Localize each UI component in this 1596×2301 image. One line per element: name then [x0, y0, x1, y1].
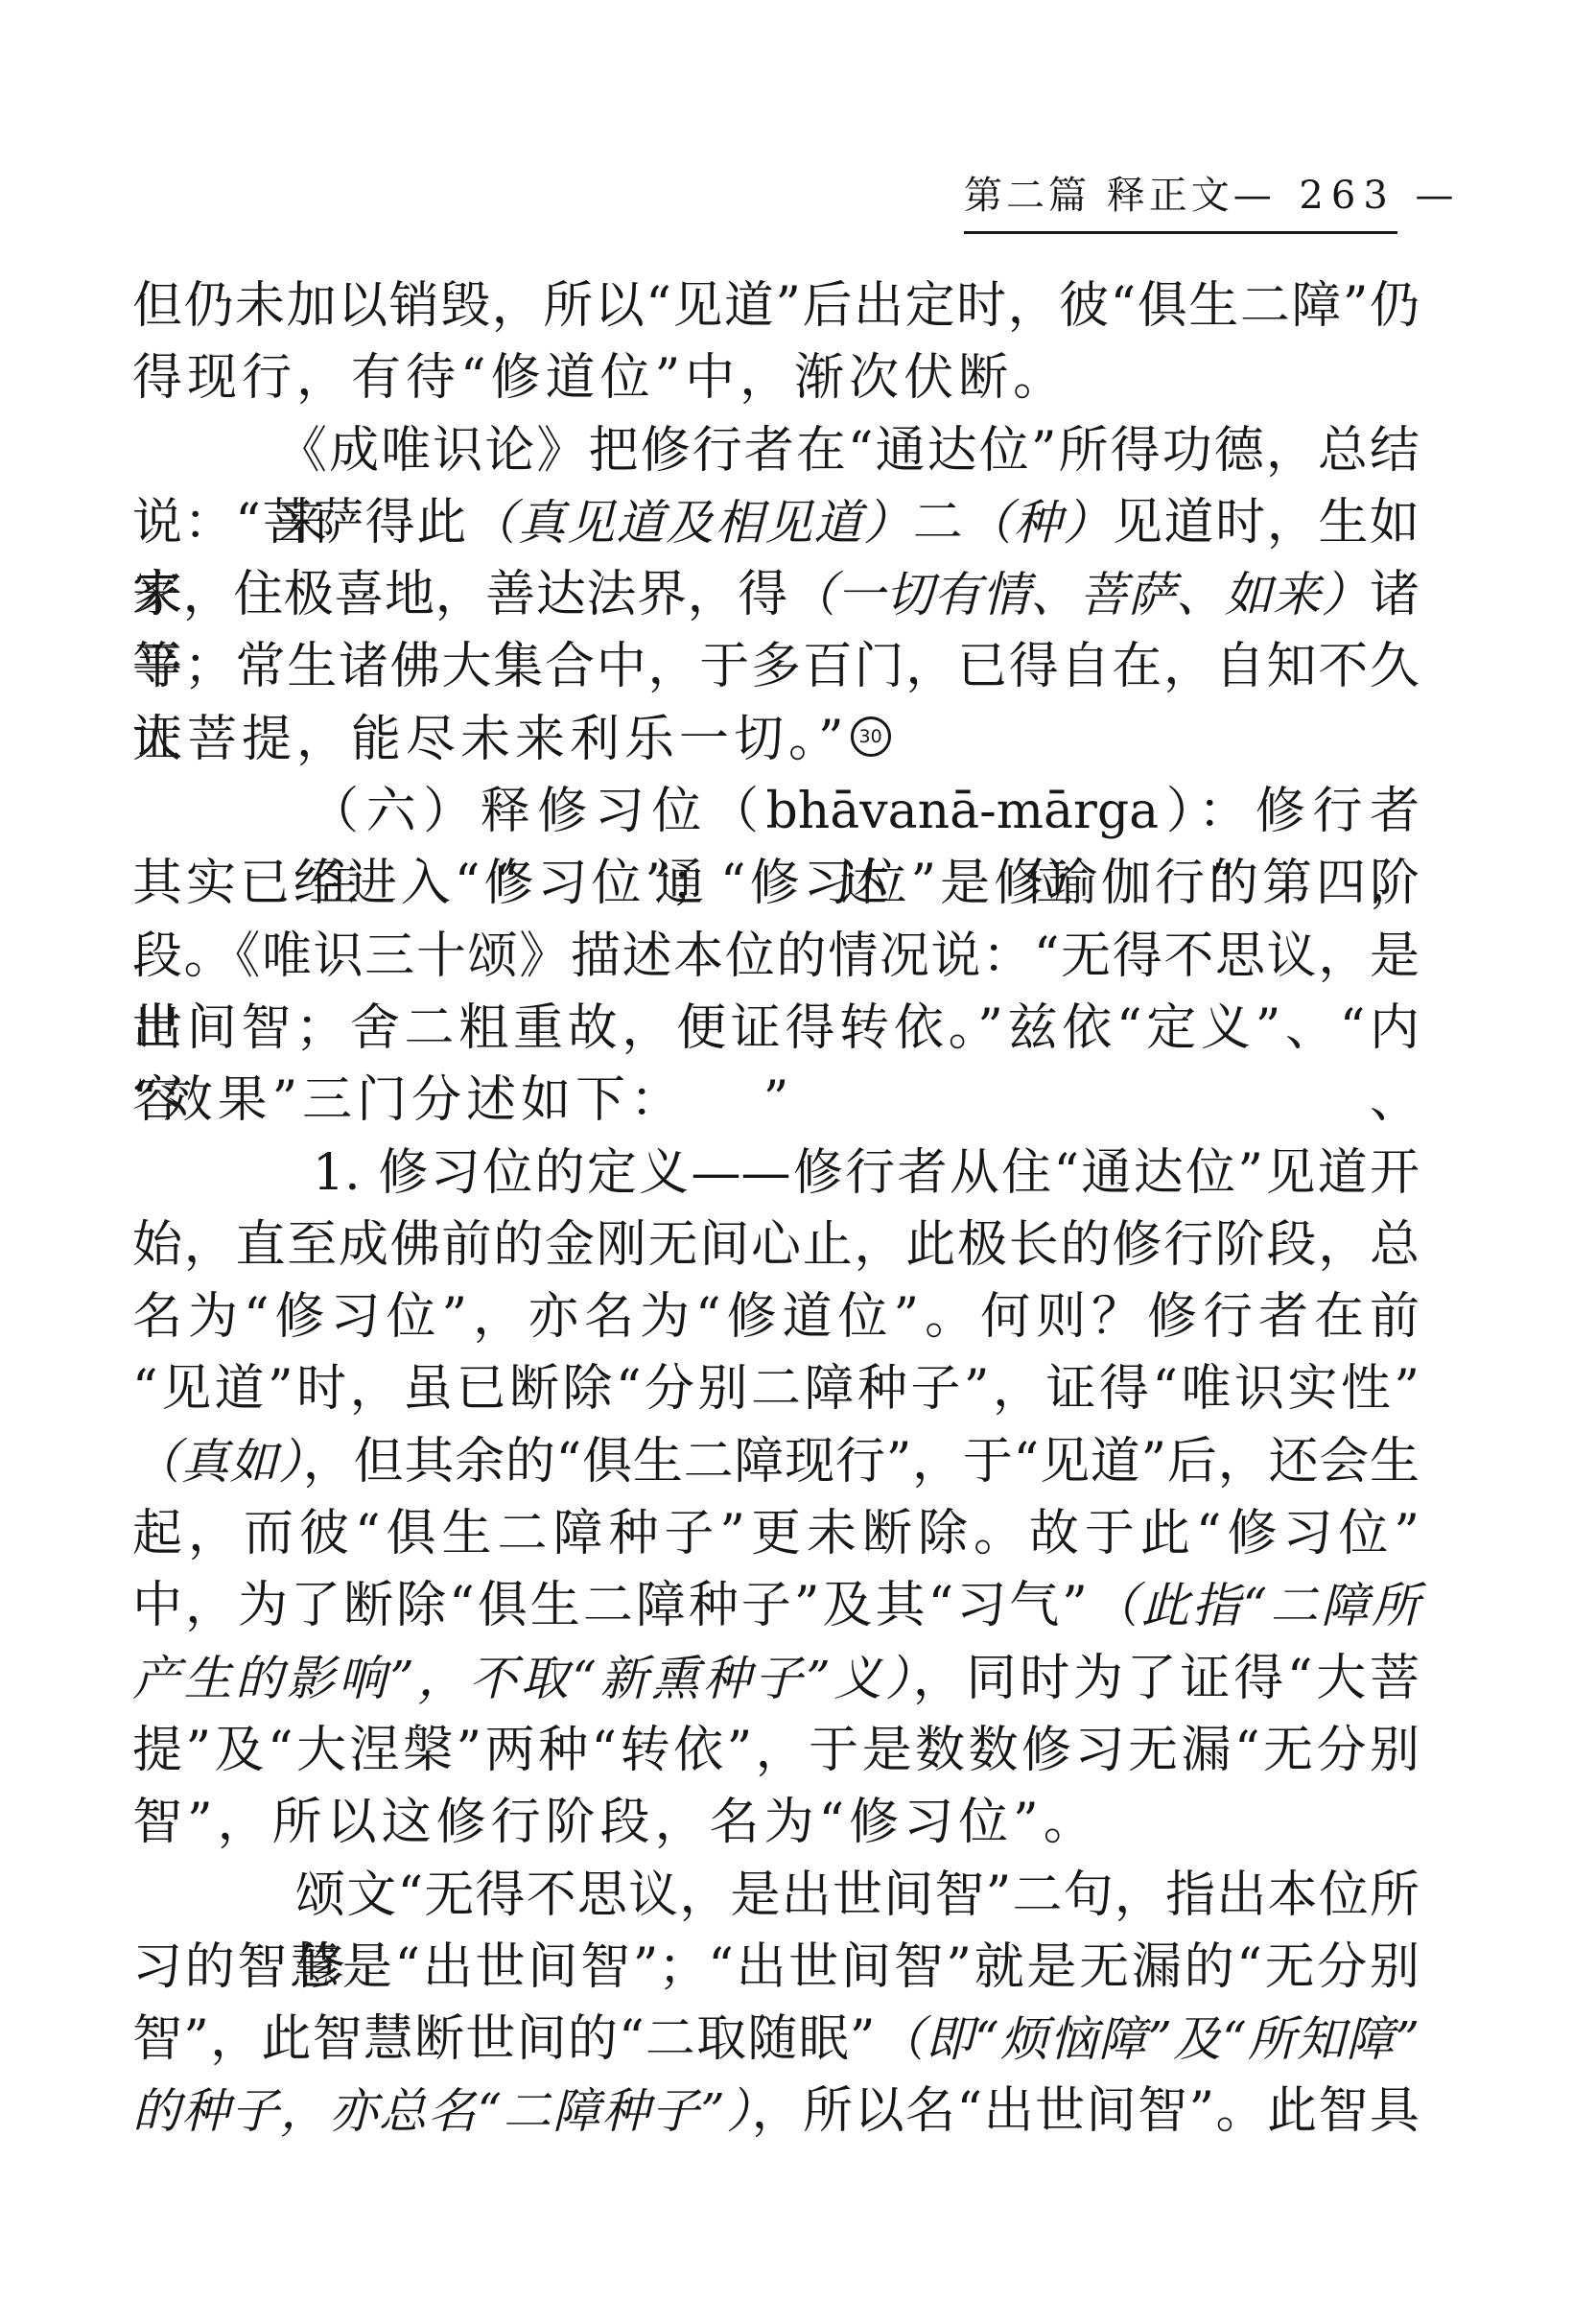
- text-line: 但仍未加以销毁，所以“见道”后出定时，彼“俱生二障”仍: [132, 270, 1420, 342]
- running-head: 第二篇 释正文 — 263 —: [964, 165, 1397, 234]
- text-line: 家，住极喜地，善达法界，得（一切有情、菩萨、如来）诸平: [132, 559, 1420, 631]
- text-segment: “效果”三门分述如下：: [132, 1071, 685, 1129]
- text-line: 大菩提，能尽未来利乐一切。”30: [132, 704, 1420, 776]
- text-segment-kaiti: （真如）: [132, 1434, 303, 1490]
- text-segment-kaiti: 的种子，亦总名“二障种子”）: [132, 2083, 752, 2139]
- text-segment: 但仍未加以销毁，所以“见道”后出定时，彼“俱生二障”仍: [132, 277, 1420, 335]
- text-segment: ，但其余的“俱生二障现行”，于“见道”后，还会生: [303, 1433, 1420, 1491]
- text-segment: 起，而彼“俱生二障种子”更未断除。故于此“修习位”: [132, 1505, 1420, 1562]
- text-segment: 其实已经进入“修习位”；“修习位”是修瑜伽行的第四阶: [132, 855, 1420, 912]
- text-line: 提”及“大涅槃”两种“转依”，于是数数修习无漏“无分别: [132, 1715, 1420, 1787]
- text-line: （六）释修习位（bhāvanā-mārga）：修行者住“通达位”，: [132, 776, 1420, 848]
- text-line: （真如），但其余的“俱生二障现行”，于“见道”后，还会生: [132, 1426, 1420, 1498]
- body-text: 但仍未加以销毁，所以“见道”后出定时，彼“俱生二障”仍得现行，有待“修道位”中，…: [132, 270, 1420, 2148]
- text-segment: 说：“菩萨得此: [132, 494, 468, 552]
- text-line: 起，而彼“俱生二障种子”更未断除。故于此“修习位”: [132, 1498, 1420, 1570]
- text-line: 名为“修习位”，亦名为“修道位”。何则？修行者在前: [132, 1281, 1420, 1353]
- text-segment: 智”，此智慧断世间的“二取随眠”: [132, 2010, 876, 2068]
- text-segment: 中，为了断除“俱生二障种子”及其“习气”: [132, 1577, 1088, 1634]
- text-segment: 大菩提，能尽未来利乐一切。”: [132, 711, 849, 768]
- text-line: 习的智慧是“出世间智”；“出世间智”就是无漏的“无分别: [132, 1932, 1420, 2004]
- book-page: 第二篇 释正文 — 263 — 但仍未加以销毁，所以“见道”后出定时，彼“俱生二…: [0, 0, 1596, 2301]
- text-line: 颂文“无得不思议，是出世间智”二句，指出本位所修: [132, 1860, 1420, 1932]
- text-line: 中，为了断除“俱生二障种子”及其“习气”（此指“二障所: [132, 1570, 1420, 1642]
- text-segment: 始，直至成佛前的金刚无间心止，此极长的修行阶段，总: [132, 1216, 1420, 1274]
- text-segment: 家，住极喜地，善达法界，得: [132, 566, 788, 623]
- text-line: 段。《唯识三十颂》描述本位的情况说：“无得不思议，是出: [132, 921, 1420, 993]
- text-line: 智”，所以这修行阶段，名为“修习位”。: [132, 1787, 1420, 1859]
- text-line: 其实已经进入“修习位”；“修习位”是修瑜伽行的第四阶: [132, 848, 1420, 920]
- text-segment: ，所以名“出世间智”。此智具: [752, 2082, 1420, 2140]
- page-number: — 263 —: [1233, 174, 1462, 218]
- text-segment-kaiti: 产生的影响”，不取“新熏种子”义）: [132, 1651, 913, 1706]
- text-line: 始，直至成佛前的金刚无间心止，此极长的修行阶段，总: [132, 1209, 1420, 1281]
- text-segment-kaiti: （一切有情、菩萨、如来）: [788, 567, 1370, 622]
- text-line: 智”，此智慧断世间的“二取随眠”（即“烦恼障”及“所知障”: [132, 2004, 1420, 2076]
- text-segment: 习的智慧是“出世间智”；“出世间智”就是无漏的“无分别: [132, 1938, 1420, 1996]
- text-segment: ，同时为了证得“大菩: [913, 1650, 1420, 1707]
- text-line: 《成唯识论》把修行者在“通达位”所得功德，总结来: [132, 415, 1420, 487]
- text-line: 1. 修习位的定义——修行者从住“通达位”见道开: [132, 1138, 1420, 1209]
- text-segment: 二: [913, 494, 965, 552]
- text-segment-kaiti: （真见道及相见道）: [468, 495, 913, 551]
- text-segment: 提”及“大涅槃”两种“转依”，于是数数修习无漏“无分别: [132, 1722, 1420, 1779]
- text-line: 等；常生诸佛大集合中，于多百门，已得自在，自知不久证: [132, 631, 1420, 703]
- text-line: “见道”时，虽已断除“分别二障种子”，证得“唯识实性”: [132, 1353, 1420, 1425]
- text-line: 得现行，有待“修道位”中，渐次伏断。: [132, 342, 1420, 414]
- footnote-marker-icon: 30: [851, 716, 891, 757]
- running-head-title: 第二篇 释正文: [964, 165, 1233, 220]
- text-segment: 1. 修习位的定义——修行者从住“通达位”见道开: [313, 1144, 1420, 1202]
- text-segment: “见道”时，虽已断除“分别二障种子”，证得“唯识实性”: [132, 1360, 1420, 1418]
- text-segment-kaiti: （此指“二障所: [1088, 1578, 1420, 1633]
- text-segment: 名为“修习位”，亦名为“修道位”。何则？修行者在前: [132, 1288, 1420, 1346]
- text-segment-kaiti: （种）: [964, 495, 1113, 551]
- text-line: 的种子，亦总名“二障种子”），所以名“出世间智”。此智具: [132, 2076, 1420, 2148]
- text-line: 世间智；舍二粗重故，便证得转依。”兹依“定义”、“内容”、: [132, 993, 1420, 1065]
- text-segment: 得现行，有待“修道位”中，渐次伏断。: [132, 349, 1068, 407]
- text-segment: 智”，所以这修行阶段，名为“修习位”。: [132, 1794, 1098, 1851]
- text-line: 产生的影响”，不取“新熏种子”义），同时为了证得“大菩: [132, 1643, 1420, 1715]
- text-line: 说：“菩萨得此（真见道及相见道）二（种）见道时，生如来: [132, 487, 1420, 559]
- text-segment-kaiti: （即“烦恼障”及“所知障”: [876, 2011, 1420, 2067]
